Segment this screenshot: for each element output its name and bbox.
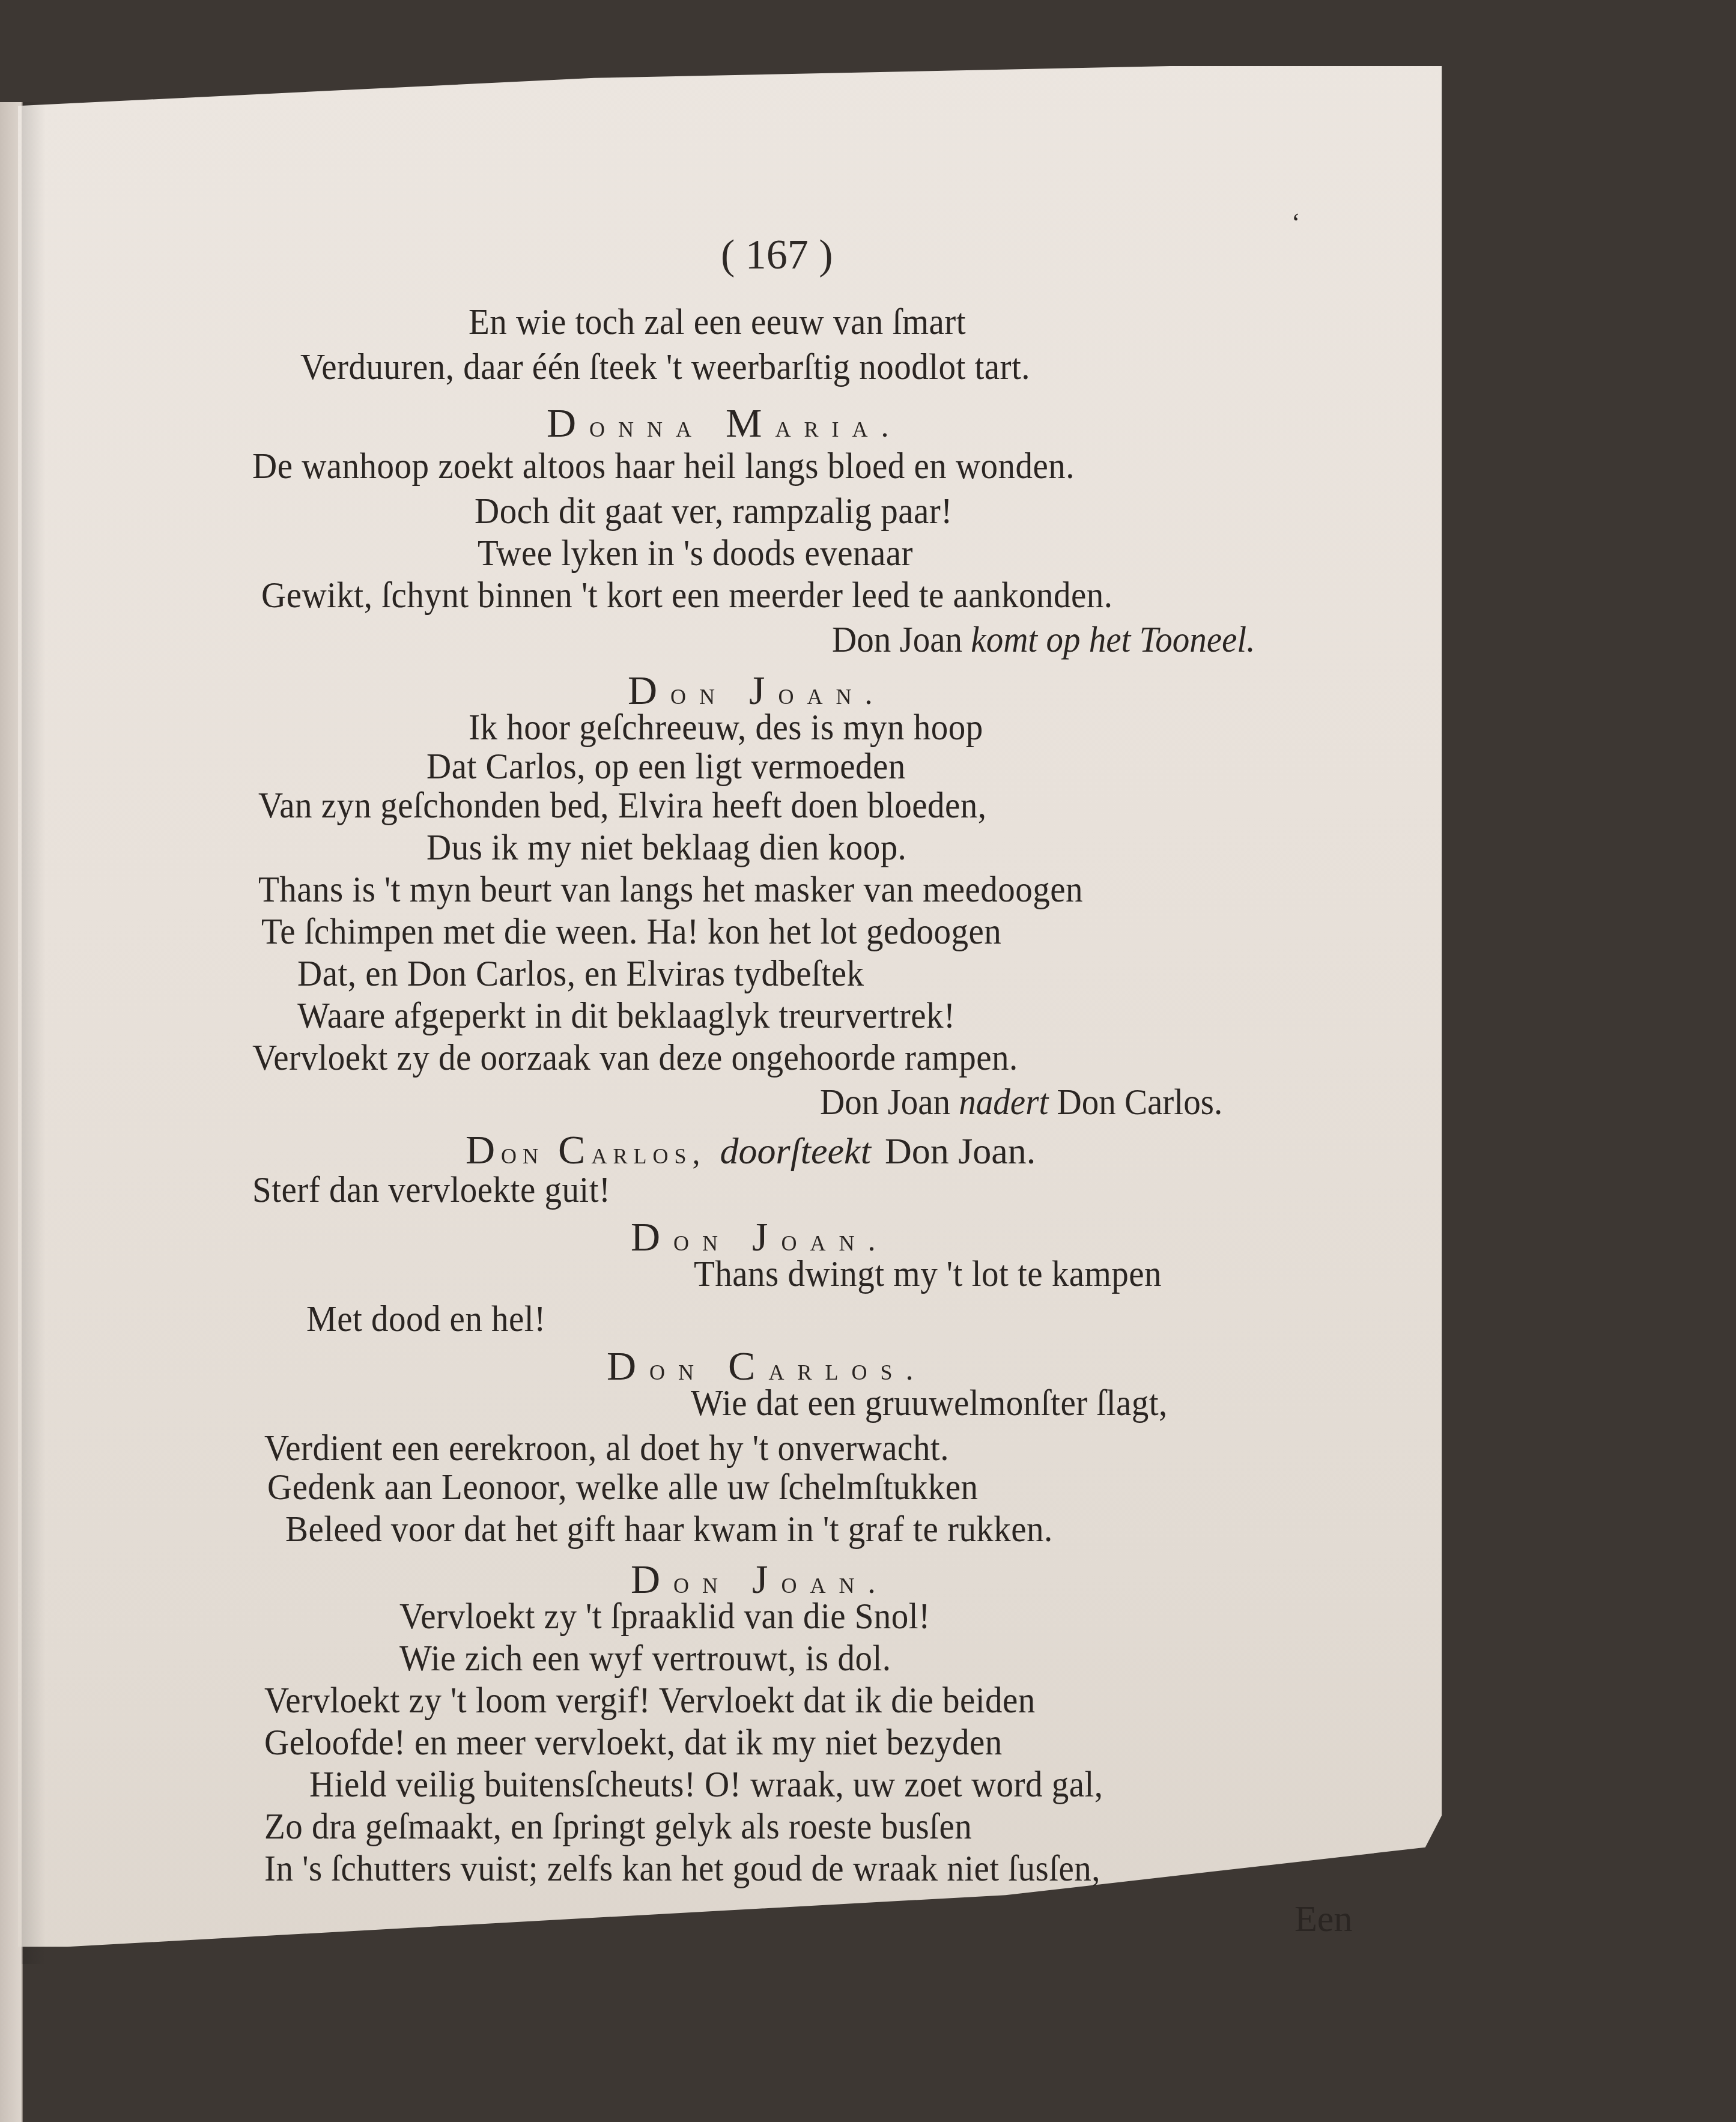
verse-line: Thans dwingt my 't lot te kampen <box>694 1255 1162 1293</box>
stage-roman: Don Carlos. <box>1057 1082 1222 1123</box>
stage-roman: Don Joan <box>832 619 962 660</box>
verse-line: De wanhoop zoekt altoos haar heil langs … <box>252 447 1075 485</box>
verse-line: Gedenk aan Leonoor, welke alle uw ſchelm… <box>267 1469 978 1506</box>
verse-line: Van zyn geſchonden bed, Elvira heeft doe… <box>258 787 986 824</box>
verse-line: Doch dit gaat ver, rampzalig paar! <box>475 493 953 530</box>
verse-line: Beleed voor dat het gift haar kwam in 't… <box>285 1511 1053 1548</box>
stage-direction: Don Joan komt op het Tooneel. <box>832 619 1255 661</box>
verse-line: Dat Carlos, op een ligt vermoeden <box>426 748 906 785</box>
stage-roman: Don Joan. <box>885 1131 1036 1172</box>
verse-line: Wie zich een wyf vertrouwt, is dol. <box>399 1640 891 1677</box>
verse-line: Twee lyken in 's doods evenaar <box>478 535 913 572</box>
verse-line: Verduuren, daar één ſteek 't weerbarſtig… <box>300 348 1030 386</box>
verse-line: Gewikt, ſchynt binnen 't kort een meerde… <box>261 577 1112 614</box>
verse-line: Vervloekt zy 't ſpraaklid van die Snol! <box>399 1598 930 1635</box>
stage-italic: doorſteekt <box>720 1131 871 1172</box>
verse-line: Thans is 't myn beurt van langs het mask… <box>258 871 1083 908</box>
verse-line: In 's ſchutters vuist; zelfs kan het gou… <box>264 1850 1100 1887</box>
stage-roman: Don Joan <box>820 1082 950 1123</box>
verse-line: Sterf dan vervloekte guit! <box>252 1171 610 1208</box>
verse-line: Dat, en Don Carlos, en Elviras tydbeſtek <box>297 955 864 992</box>
verse-line: Te ſchimpen met die ween. Ha! kon het lo… <box>261 913 1001 950</box>
page-text: ( 167 ) ‘ En wie toch zal een eeuw van ſ… <box>0 0 1736 2122</box>
verse-line: Wie dat een gruuwelmonſter ſlagt, <box>691 1384 1168 1422</box>
verse-line: Zo dra geſmaakt, en ſpringt gelyk als ro… <box>264 1808 972 1845</box>
verse-line: Dus ik my niet beklaag dien koop. <box>426 829 906 866</box>
stray-mark: ‘ <box>1291 207 1300 238</box>
verse-line: Vervloekt zy 't loom vergif! Vervloekt d… <box>264 1682 1036 1719</box>
speaker-heading-with-direction: Don Carlos, doorſteekt Don Joan. <box>466 1126 1036 1174</box>
stage-italic: komt op het Tooneel. <box>971 619 1255 660</box>
verse-line: Ik hoor geſchreeuw, des is myn hoop <box>469 709 983 746</box>
catchword: Een <box>1294 1898 1352 1941</box>
stage-italic: nadert <box>959 1082 1048 1123</box>
verse-line: Hield veilig buitensſcheuts! O! wraak, u… <box>309 1766 1103 1803</box>
verse-line: Met dood en hel! <box>306 1300 546 1338</box>
verse-line: En wie toch zal een eeuw van ſmart <box>469 303 966 341</box>
verse-line: Vervloekt zy de oorzaak van deze ongehoo… <box>252 1039 1018 1076</box>
verse-line: Verdient een eerekroon, al doet hy 't on… <box>264 1429 949 1467</box>
speaker-heading: Donna Maria. <box>547 399 902 447</box>
stage-direction: Don Joan nadert Don Carlos. <box>820 1081 1222 1124</box>
verse-line: Geloofde! en meer vervloekt, dat ik my n… <box>264 1724 1003 1761</box>
page-number: ( 167 ) <box>721 231 833 279</box>
verse-line: Waare afgeperkt in dit beklaaglyk treurv… <box>297 997 956 1034</box>
